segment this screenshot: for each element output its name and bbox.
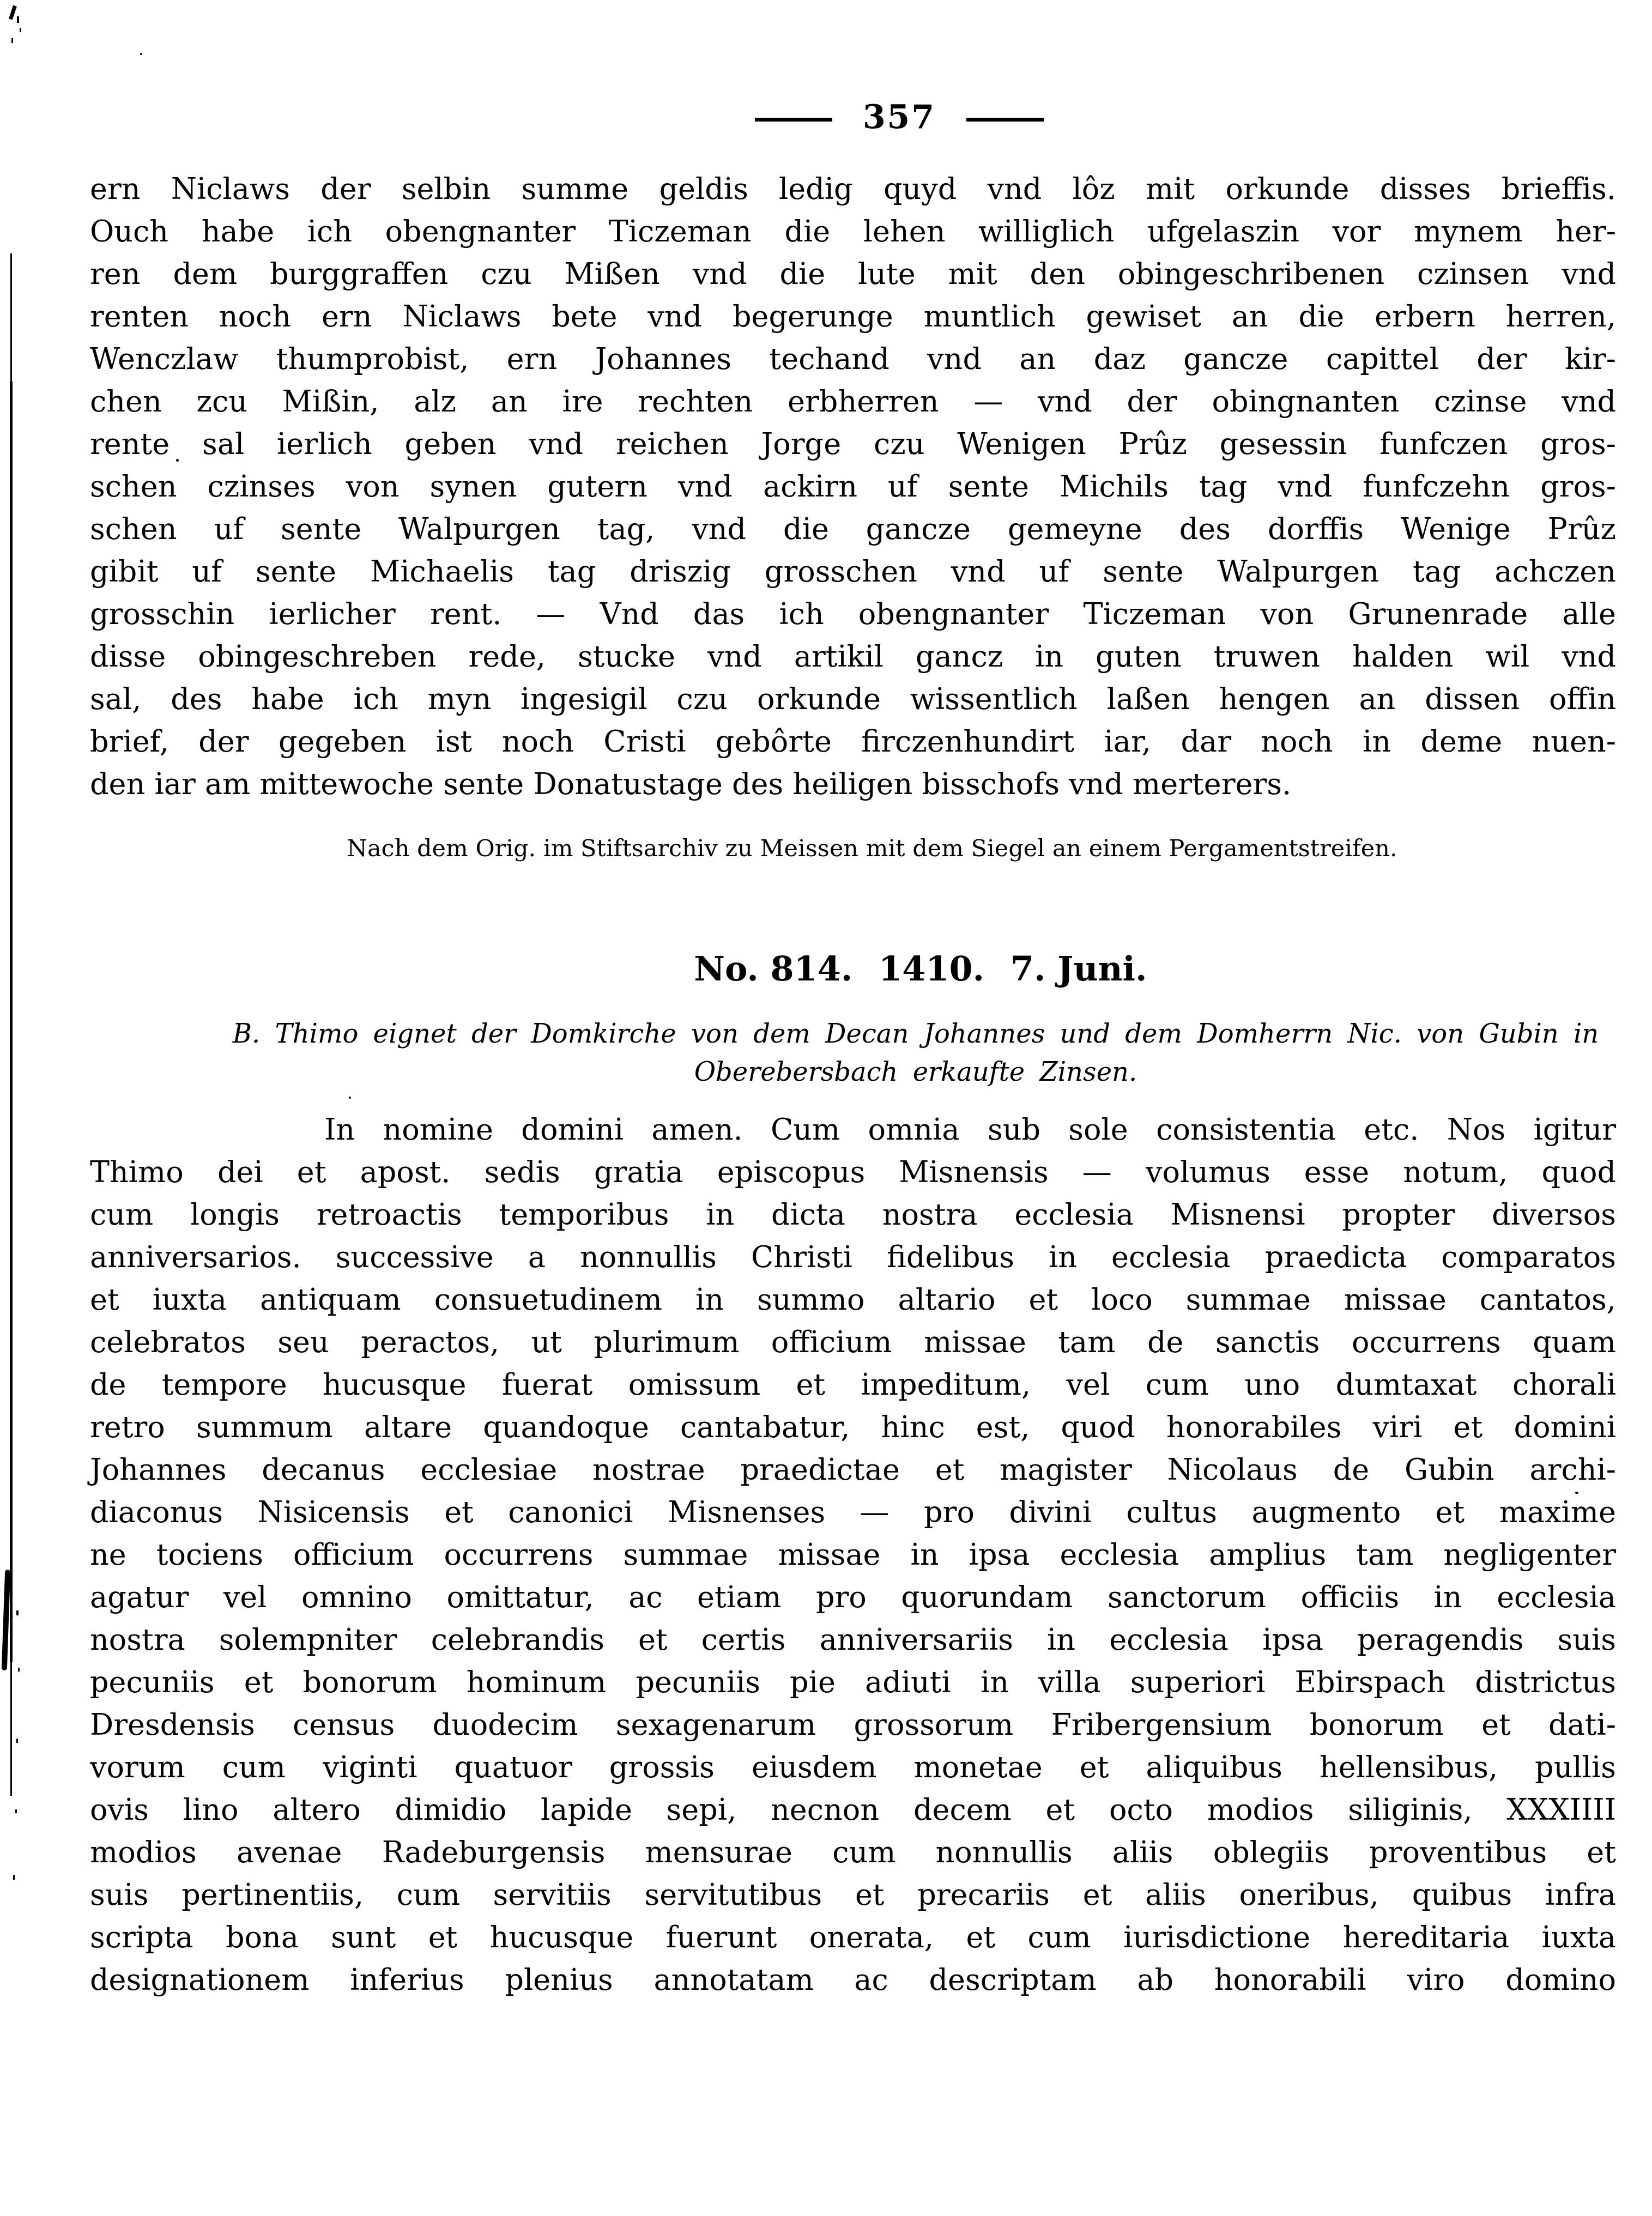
text-line: cum longis retroactis temporibus in dict…	[90, 1194, 1616, 1236]
text-line: retro summum altare quandoque cantabatur…	[90, 1406, 1616, 1449]
charter-number: No. 814.	[694, 949, 852, 989]
scan-artifact	[18, 1668, 20, 1672]
charter-814-body-paragraph: In nomine domini amen. Cum omnia sub sol…	[90, 1109, 1616, 2001]
text-line: ern Niclaws der selbin summe geldis ledi…	[90, 168, 1616, 210]
charter-end-paragraph: ern Niclaws der selbin summe geldis ledi…	[90, 168, 1616, 806]
text-line: den iar am mittewoche sente Donatustage …	[90, 763, 1616, 806]
text-line: B. Thimo eignet der Domkirche von dem De…	[153, 1015, 1652, 1053]
charter-year: 1410.	[879, 949, 984, 989]
text-line: et iuxta antiquam consuetudinem in summo…	[90, 1279, 1616, 1321]
text-line: suis pertinentiis, cum servitiis servitu…	[90, 1874, 1616, 1916]
text-line: designationem inferius plenius annotatam…	[90, 1959, 1616, 2001]
text-line: Johannes decanus ecclesiae nostrae praed…	[90, 1449, 1616, 1491]
text-line: pecuniis et bonorum hominum pecuniis pie…	[90, 1661, 1616, 1704]
text-line: de tempore hucusque fuerat omissum et im…	[90, 1364, 1616, 1406]
scan-artifact	[9, 5, 17, 20]
scan-artifact	[15, 1809, 17, 1813]
scan-artifact	[2, 1570, 10, 1670]
text-line: modios avenae Radeburgensis mensurae cum…	[90, 1831, 1616, 1874]
scan-artifact	[1575, 1492, 1578, 1494]
text-line: Dresdensis census duodecim sexagenarum g…	[90, 1704, 1616, 1746]
text-line: ne tociens officium occurrens summae mis…	[90, 1534, 1616, 1576]
text-line: diaconus Nisicensis et canonici Misnense…	[90, 1491, 1616, 1534]
charter-814-summary: B. Thimo eignet der Domkirche von dem De…	[153, 1015, 1652, 1091]
scan-artifact	[176, 459, 179, 462]
scan-gutter-line	[10, 382, 13, 1662]
text-line: schen uf sente Walpurgen tag, vnd die ga…	[90, 508, 1616, 550]
page-header: 357	[755, 101, 1044, 138]
text-line: Ouch habe ich obengnanter Ticzeman die l…	[90, 210, 1616, 253]
text-line: celebratos seu peractos, ut plurimum off…	[90, 1321, 1616, 1364]
text-line: gibit uf sente Michaelis tag driszig gro…	[90, 550, 1616, 593]
text-line: nostra solempniter celebrandis et certis…	[90, 1619, 1616, 1661]
scan-artifact	[16, 1739, 18, 1743]
scanned-book-page: 357 ern Niclaws der selbin summe geldis …	[0, 0, 1652, 2216]
text-line: chen zcu Mißin, alz an ire rechten erbhe…	[90, 380, 1616, 423]
scan-artifact	[17, 16, 19, 23]
scan-artifact	[16, 1610, 19, 1615]
text-line: ren dem burggraffen czu Mißen vnd die lu…	[90, 253, 1616, 295]
scan-artifact	[140, 53, 142, 55]
source-note: Nach dem Orig. im Stiftsarchiv zu Meisse…	[109, 835, 1635, 862]
text-line: agatur vel omnino omittatur, ac etiam pr…	[90, 1576, 1616, 1619]
text-line: renten noch ern Niclaws bete vnd begerun…	[90, 295, 1616, 338]
charter-814-heading: No. 814. 1410. 7. Juni.	[158, 949, 1652, 989]
scan-artifact	[11, 38, 13, 43]
scan-artifact	[13, 1875, 15, 1880]
text-line: Wenczlaw thumprobist, ern Johannes techa…	[90, 338, 1616, 380]
text-line: grosschin ierlicher rent. — Vnd das ich …	[90, 593, 1616, 635]
text-line: anniversarios. successive a nonnullis Ch…	[90, 1236, 1616, 1279]
charter-date: 7. Juni.	[1010, 949, 1147, 989]
text-line: rente sal ierlich geben vnd reichen Jorg…	[90, 423, 1616, 465]
text-line: In nomine domini amen. Cum omnia sub sol…	[90, 1109, 1616, 1151]
text-line: Thimo dei et apost. sedis gratia episcop…	[90, 1151, 1616, 1194]
page-number: 357	[863, 101, 936, 138]
text-line: disse obingeschreben rede, stucke vnd ar…	[90, 635, 1616, 678]
text-line: sal, des habe ich myn ingesigil czu orku…	[90, 678, 1616, 720]
scan-artifact	[20, 28, 21, 32]
text-line: ovis lino altero dimidio lapide sepi, ne…	[90, 1789, 1616, 1831]
page-number-dash-left	[755, 118, 832, 122]
text-line: Oberebersbach erkaufte Zinsen.	[153, 1053, 1652, 1091]
text-line: vorum cum viginti quatuor grossis eiusde…	[90, 1746, 1616, 1789]
scan-artifact	[349, 1097, 351, 1099]
text-line: schen czinses von synen gutern vnd ackir…	[90, 465, 1616, 508]
text-line: scripta bona sunt et hucusque fuerunt on…	[90, 1916, 1616, 1959]
page-number-dash-right	[966, 118, 1044, 122]
text-line: brief, der gegeben ist noch Cristi gebôr…	[90, 720, 1616, 763]
